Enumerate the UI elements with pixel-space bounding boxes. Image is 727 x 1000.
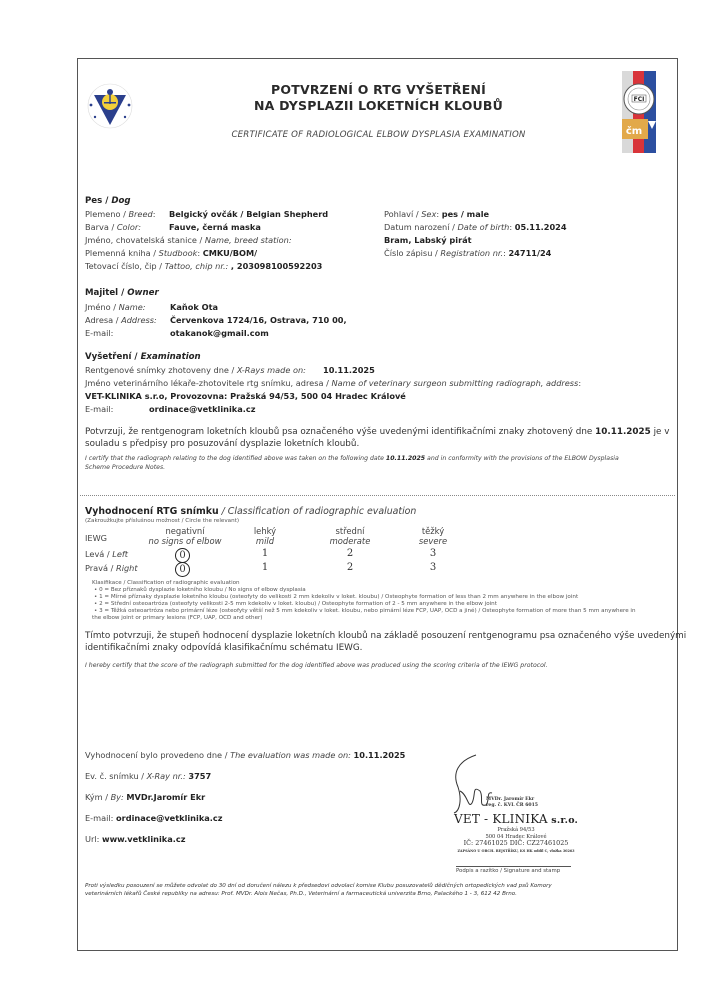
legend-item: • 2 = Střední osteoartróza (osteofyty ve…: [94, 601, 497, 607]
dob-field: Datum narození / Date of birth: 05.11.20…: [384, 222, 567, 233]
url-value: www.vetklinika.cz: [102, 834, 185, 844]
vet-name-value: VET-KLINIKA s.r.o, Provozovna: Pražská 9…: [85, 391, 406, 402]
evaluated-by-value: MVDr.Jaromír Ekr: [126, 792, 205, 802]
name-field: Jméno, chovatelská stanice / Name, breed…: [85, 235, 292, 246]
stamp-address: Pražská 94/53 500 04 Hradec Králové IČ: …: [454, 827, 578, 854]
vet-name-field: Jméno veterinárního lékaře-zhotovitele r…: [85, 378, 581, 389]
color-field: Barva / Color:: [85, 222, 141, 233]
registration-value: 24711/24: [508, 248, 551, 258]
grade-option-right-3[interactable]: 3: [423, 562, 443, 573]
breed-value: Belgický ovčák / Belgian Shepherd: [169, 209, 328, 220]
certificate-page: FCI čm POTVRZENÍ O RTG VYŠETŘENÍ NA DYSP…: [77, 58, 678, 951]
row-label-right: Pravá / Right: [85, 563, 138, 574]
url-field: Url: www.vetklinika.cz: [85, 834, 186, 845]
xray-date-field: Rentgenové snímky zhotoveny dne / X-Rays…: [85, 365, 306, 376]
grade-option-right-1[interactable]: 1: [255, 562, 275, 573]
evaluation-date-value: 10.11.2025: [354, 750, 406, 760]
dog-name-value: Bram, Labský pirát: [384, 235, 472, 246]
signature-caption: Podpis a razítko / Signature and stamp: [456, 868, 560, 874]
grade-option-left-2[interactable]: 2: [340, 548, 360, 559]
legend-item: • 1 = Mírné příznaky dysplazie loketního…: [94, 594, 578, 600]
vet-email-label: E-mail:: [85, 404, 113, 415]
evaluation-date-field: Vyhodnocení bylo provedeno dne / The eva…: [85, 750, 405, 761]
sex-field: Pohlaví / Sex: pes / male: [384, 209, 489, 220]
vet-email-value: ordinace@vetklinika.cz: [149, 404, 255, 415]
grade-column-3: těžkýsevere: [388, 526, 478, 546]
owner-heading: Majitel / Owner: [85, 288, 159, 298]
selected-grade-right-0[interactable]: 0: [175, 562, 190, 577]
owner-address-value: Červenkova 1724/16, Ostrava, 710 00,: [170, 315, 347, 326]
studbook-value: CMKU/BOM/: [203, 248, 257, 258]
studbook-field: Plemenná kniha / Studbook: CMKU/BOM/: [85, 248, 257, 259]
circle-note: (Zakroužkujte příslušnou možnost / Circl…: [85, 518, 239, 524]
stamp-doctor: MVDr. Jaromír Ekr reg. č. KVL ČR 6015: [486, 797, 538, 809]
breed-field: Plemeno / Breed:: [85, 209, 155, 220]
selected-grade-left-0[interactable]: 0: [175, 548, 190, 563]
grade-column-2: střednímoderate: [305, 526, 395, 546]
stamp-clinic: VET - KLINIKA s.r.o.: [454, 812, 578, 826]
signoff-email-field: E-mail: ordinace@vetklinika.cz: [85, 813, 223, 824]
chip-field: Tetovací číslo, čip / Tattoo, chip nr.: …: [85, 261, 322, 272]
evaluation-heading: Vyhodnocení RTG snímku / Classification …: [85, 506, 416, 517]
grade-column-1: lehkýmild: [220, 526, 310, 546]
legend-item: • 0 = Bez příznaků dysplazie loketního k…: [94, 587, 306, 593]
signature-line: [456, 866, 571, 867]
row-label-left: Levá / Left: [85, 549, 128, 560]
evaluated-by-field: Kým / By: MVDr.Jaromír Ekr: [85, 792, 205, 803]
title-line-1: POTVRZENÍ O RTG VYŠETŘENÍ: [78, 82, 679, 97]
xray-date-value: 10.11.2025: [323, 365, 375, 376]
grade-option-right-2[interactable]: 2: [340, 562, 360, 573]
sex-value: pes / male: [442, 209, 489, 219]
confirm-en: I certify that the radiograph relating t…: [85, 454, 619, 472]
owner-email-value: otakanok@gmail.com: [170, 328, 269, 339]
owner-name-value: Kaňok Ota: [170, 302, 218, 313]
section-divider: [80, 495, 675, 496]
dob-value: 05.11.2024: [515, 222, 567, 232]
scheme-label: IEWG: [85, 533, 107, 544]
xray-number-field: Ev. č. snímku / X-Ray nr.: 3757: [85, 771, 211, 782]
title-line-2: NA DYSPLAZII LOKETNÍCH KLOUBŮ: [78, 98, 679, 113]
subtitle: CERTIFICATE OF RADIOLOGICAL ELBOW DYSPLA…: [78, 130, 679, 140]
owner-address-field: Adresa / Address:: [85, 315, 157, 326]
appeal-notice: Proti výsledku posouzení se můžete odvol…: [85, 882, 552, 898]
owner-email-label: E-mail:: [85, 328, 113, 339]
chip-value: , 203098100592203: [231, 261, 322, 271]
statement-en: I hereby certify that the score of the r…: [85, 662, 548, 669]
examination-heading: Vyšetření / Examination: [85, 352, 201, 362]
confirm-cz: Potvrzuji, že rentgenogram loketních klo…: [85, 426, 669, 450]
xray-number-value: 3757: [188, 771, 211, 781]
legend-item: the elbow joint or primary lesions (FCP,…: [92, 615, 263, 621]
statement-cz: Tímto potvrzuji, že stupeň hodnocení dys…: [85, 630, 686, 654]
grade-option-left-1[interactable]: 1: [255, 548, 275, 559]
owner-name-field: Jméno / Name:: [85, 302, 146, 313]
dog-heading: Pes / Dog: [85, 196, 131, 206]
legend-item: • 3 = Těžká osteoartróza nebo primární l…: [94, 608, 636, 614]
signoff-email-value: ordinace@vetklinika.cz: [116, 813, 222, 823]
grade-column-0: negativníno signs of elbow: [140, 526, 230, 546]
grade-option-left-3[interactable]: 3: [423, 548, 443, 559]
signature-scribble: [446, 751, 506, 821]
color-value: Fauve, černá maska: [169, 222, 261, 233]
legend-title: Klasifikace / Classification of radiogra…: [92, 580, 240, 586]
registration-field: Číslo zápisu / Registration nr.: 24711/2…: [384, 248, 551, 259]
